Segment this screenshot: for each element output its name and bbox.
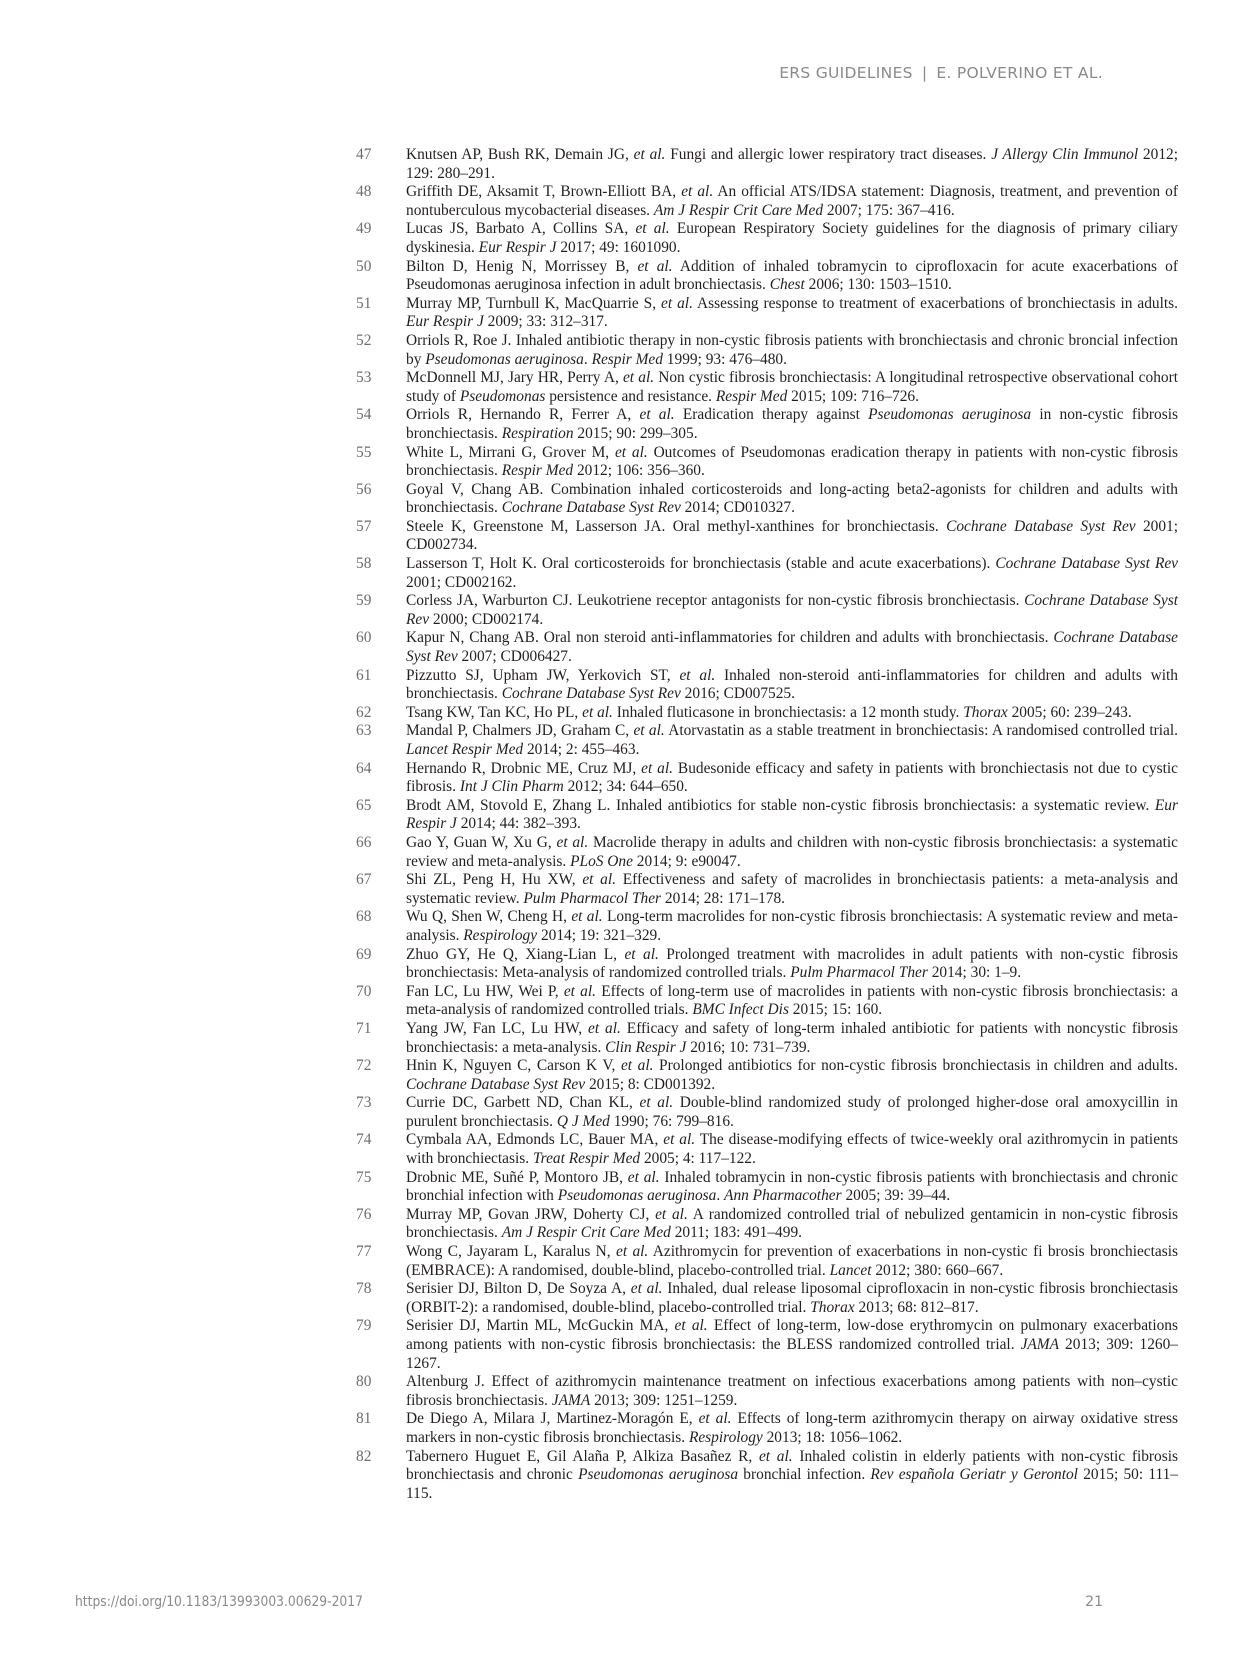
reference-citation: 2014; 19: 321–329. xyxy=(537,927,661,944)
reference-number: 72 xyxy=(356,1057,386,1076)
reference-authors: Shi ZL, Peng H, Hu XW, xyxy=(406,871,582,888)
reference-item: 51Murray MP, Turnbull K, MacQuarrie S, e… xyxy=(356,295,1178,332)
reference-item: 63Mandal P, Chalmers JD, Graham C, et al… xyxy=(356,722,1178,759)
reference-authors: Cymbala AA, Edmonds LC, Bauer MA, xyxy=(406,1131,663,1148)
reference-journal: Clin Respir J xyxy=(605,1039,686,1056)
reference-authors: Serisier DJ, Martin ML, McGuckin MA, xyxy=(406,1317,675,1334)
reference-journal: PLoS One xyxy=(570,853,633,870)
reference-citation: 2006; 130: 1503–1510. xyxy=(805,276,952,293)
reference-number: 66 xyxy=(356,834,386,853)
reference-journal: Chest xyxy=(770,276,805,293)
reference-title: Oral methyl-xanthines for bronchiectasis… xyxy=(665,518,946,535)
reference-et-al: et al. xyxy=(556,834,588,851)
page-number: 21 xyxy=(1085,1594,1103,1610)
reference-citation: 2015; 8: CD001392. xyxy=(585,1076,715,1093)
reference-authors: Orriols R, Hernando R, Ferrer A, xyxy=(406,406,639,423)
reference-et-al: et al. xyxy=(564,983,596,1000)
reference-journal: Rev española Geriatr y Gerontol xyxy=(870,1466,1078,1483)
reference-number: 78 xyxy=(356,1280,386,1299)
reference-authors: Zhuo GY, He Q, Xiang-Lian L, xyxy=(406,946,624,963)
reference-item: 79Serisier DJ, Martin ML, McGuckin MA, e… xyxy=(356,1317,1178,1373)
reference-list: 47Knutsen AP, Bush RK, Demain JG, et al.… xyxy=(356,146,1178,1503)
reference-et-al: et al. xyxy=(582,871,616,888)
reference-item: 76Murray MP, Govan JRW, Doherty CJ, et a… xyxy=(356,1206,1178,1243)
reference-journal: Cochrane Database Syst Rev xyxy=(502,685,681,702)
reference-number: 47 xyxy=(356,146,386,165)
reference-citation: 2015; 15: 160. xyxy=(789,1001,882,1018)
reference-et-al: et al. xyxy=(679,667,715,684)
header-separator: | xyxy=(922,64,928,82)
reference-authors: Pizzutto SJ, Upham JW, Yerkovich ST, xyxy=(406,667,679,684)
reference-number: 70 xyxy=(356,983,386,1002)
reference-authors: Lucas JS, Barbato A, Collins SA, xyxy=(406,220,635,237)
reference-item: 69Zhuo GY, He Q, Xiang-Lian L, et al. Pr… xyxy=(356,946,1178,983)
reference-item: 56Goyal V, Chang AB. Combination inhaled… xyxy=(356,481,1178,518)
reference-journal: Lancet Respir Med xyxy=(406,741,523,758)
reference-journal: Ann Pharmacother xyxy=(724,1187,842,1204)
reference-item: 62Tsang KW, Tan KC, Ho PL, et al. Inhale… xyxy=(356,704,1178,723)
reference-authors: Orriols R, Roe J. xyxy=(406,332,512,349)
reference-citation: 2013; 68: 812–817. xyxy=(855,1299,979,1316)
reference-citation: 2014; 30: 1–9. xyxy=(928,964,1021,981)
reference-authors: Tsang KW, Tan KC, Ho PL, xyxy=(406,704,582,721)
reference-authors: Lasserson T, Holt K. xyxy=(406,555,537,572)
reference-title: Leukotriene receptor antagonists for non… xyxy=(572,592,1024,609)
reference-species: Pseudomonas aeruginosa xyxy=(578,1466,738,1483)
reference-number: 65 xyxy=(356,797,386,816)
reference-authors: Serisier DJ, Bilton D, De Soyza A, xyxy=(406,1280,631,1297)
reference-et-al: et al. xyxy=(571,908,602,925)
reference-citation: 2012; 34: 644–650. xyxy=(564,778,688,795)
reference-title: Inhaled fluticasone in bronchiectasis: a… xyxy=(613,704,963,721)
reference-citation: 2011; 183: 491–499. xyxy=(671,1224,802,1241)
reference-item: 53McDonnell MJ, Jary HR, Perry A, et al.… xyxy=(356,369,1178,406)
reference-citation: 2013; 309: 1251–1259. xyxy=(590,1392,737,1409)
reference-citation: 2014; CD010327. xyxy=(681,499,795,516)
reference-title-cont: bronchial infection. xyxy=(738,1466,870,1483)
reference-number: 64 xyxy=(356,760,386,779)
reference-et-al: et al. xyxy=(621,1057,654,1074)
reference-number: 63 xyxy=(356,722,386,741)
reference-et-al: et al. xyxy=(635,220,669,237)
header-authors: E. POLVERINO ET AL. xyxy=(936,64,1103,82)
reference-number: 54 xyxy=(356,406,386,425)
doi-link[interactable]: https://doi.org/10.1183/13993003.00629-2… xyxy=(75,1594,363,1610)
reference-et-al: et al. xyxy=(663,1131,695,1148)
reference-citation: 2016; 10: 731–739. xyxy=(686,1039,810,1056)
reference-item: 72Hnin K, Nguyen C, Carson K V, et al. P… xyxy=(356,1057,1178,1094)
reference-title: Prolonged antibiotics for non-cystic fib… xyxy=(653,1057,1178,1074)
reference-journal: JAMA xyxy=(1021,1336,1059,1353)
reference-journal: Eur Respir J xyxy=(406,313,484,330)
reference-item: 55White L, Mirrani G, Grover M, et al. O… xyxy=(356,444,1178,481)
reference-item: 59Corless JA, Warburton CJ. Leukotriene … xyxy=(356,592,1178,629)
reference-item: 60Kapur N, Chang AB. Oral non steroid an… xyxy=(356,629,1178,666)
reference-title: Oral corticosteroids for bronchiectasis … xyxy=(537,555,996,572)
reference-authors: McDonnell MJ, Jary HR, Perry A, xyxy=(406,369,623,386)
reference-authors: Brodt AM, Stovold E, Zhang L. xyxy=(406,797,610,814)
reference-citation: 2015; 109: 716–726. xyxy=(787,388,919,405)
reference-item: 54Orriols R, Hernando R, Ferrer A, et al… xyxy=(356,406,1178,443)
reference-authors: Bilton D, Henig N, Morrissey B, xyxy=(406,258,637,275)
running-header: ERS GUIDELINES|E. POLVERINO ET AL. xyxy=(779,64,1103,82)
reference-number: 74 xyxy=(356,1131,386,1150)
reference-authors: Mandal P, Chalmers JD, Graham C, xyxy=(406,722,633,739)
reference-authors: Drobnic ME, Suñé P, Montoro JB, xyxy=(406,1169,628,1186)
reference-item: 68Wu Q, Shen W, Cheng H, et al. Long-ter… xyxy=(356,908,1178,945)
reference-item: 52Orriols R, Roe J. Inhaled antibiotic t… xyxy=(356,332,1178,369)
reference-number: 82 xyxy=(356,1448,386,1467)
reference-title: Effect of azithromycin maintenance treat… xyxy=(406,1373,1178,1409)
reference-journal: Respirology xyxy=(463,927,537,944)
reference-number: 68 xyxy=(356,908,386,927)
reference-citation: 2001; CD002162. xyxy=(406,574,516,591)
reference-journal: Cochrane Database Syst Rev xyxy=(406,1076,585,1093)
reference-species: Pseudomonas aeruginosa xyxy=(558,1187,717,1204)
reference-number: 55 xyxy=(356,444,386,463)
reference-number: 51 xyxy=(356,295,386,314)
reference-title-cont: persistence and resistance. xyxy=(545,388,716,405)
reference-number: 57 xyxy=(356,518,386,537)
reference-item: 82Tabernero Huguet E, Gil Alaña P, Alkiz… xyxy=(356,1448,1178,1504)
reference-item: 71Yang JW, Fan LC, Lu HW, et al. Efficac… xyxy=(356,1020,1178,1057)
reference-number: 50 xyxy=(356,258,386,277)
reference-number: 76 xyxy=(356,1206,386,1225)
reference-journal: Cochrane Database Syst Rev xyxy=(946,518,1136,535)
reference-journal: Respirology xyxy=(689,1429,763,1446)
reference-title-cont: . xyxy=(716,1187,724,1204)
reference-title-cont: . xyxy=(584,351,592,368)
reference-citation: 2012; 380: 660–667. xyxy=(871,1262,1003,1279)
reference-journal: Q J Med xyxy=(557,1113,610,1130)
reference-et-al: et al. xyxy=(624,946,658,963)
reference-citation: 2007; 175: 367–416. xyxy=(823,202,955,219)
reference-et-al: et al. xyxy=(623,369,654,386)
reference-title: Assessing response to treatment of exace… xyxy=(693,295,1178,312)
reference-journal: Respiration xyxy=(502,425,574,442)
reference-item: 66Gao Y, Guan W, Xu G, et al. Macrolide … xyxy=(356,834,1178,871)
reference-title: Fungi and allergic lower respiratory tra… xyxy=(665,146,991,163)
reference-authors: Corless JA, Warburton CJ. xyxy=(406,592,572,609)
reference-journal: Eur Respir J xyxy=(479,239,557,256)
reference-number: 48 xyxy=(356,183,386,202)
reference-item: 70Fan LC, Lu HW, Wei P, et al. Effects o… xyxy=(356,983,1178,1020)
reference-journal: Respir Med xyxy=(716,388,787,405)
reference-number: 61 xyxy=(356,667,386,686)
reference-citation: 2009; 33: 312–317. xyxy=(484,313,608,330)
reference-citation: 1999; 93: 476–480. xyxy=(663,351,787,368)
reference-journal: Pulm Pharmacol Ther xyxy=(790,964,928,981)
reference-number: 59 xyxy=(356,592,386,611)
reference-et-al: et al. xyxy=(699,1410,732,1427)
reference-journal: Respir Med xyxy=(502,462,573,479)
reference-item: 61Pizzutto SJ, Upham JW, Yerkovich ST, e… xyxy=(356,667,1178,704)
reference-et-al: et al. xyxy=(655,1206,688,1223)
reference-journal: J Allergy Clin Immunol xyxy=(991,146,1138,163)
reference-et-al: et al. xyxy=(675,1317,708,1334)
reference-number: 58 xyxy=(356,555,386,574)
reference-number: 60 xyxy=(356,629,386,648)
reference-citation: 2017; 49: 1601090. xyxy=(556,239,680,256)
reference-item: 64Hernando R, Drobnic ME, Cruz MJ, et al… xyxy=(356,760,1178,797)
reference-item: 80Altenburg J. Effect of azithromycin ma… xyxy=(356,1373,1178,1410)
reference-et-al: et al. xyxy=(681,183,713,200)
reference-citation: 2013; 18: 1056–1062. xyxy=(763,1429,902,1446)
reference-authors: Tabernero Huguet E, Gil Alaña P, Alkiza … xyxy=(406,1448,759,1465)
reference-citation: 2005; 39: 39–44. xyxy=(842,1187,951,1204)
reference-journal: Am J Respir Crit Care Med xyxy=(502,1224,671,1241)
reference-citation: 2014; 2: 455–463. xyxy=(523,741,639,758)
reference-citation: 2005; 60: 239–243. xyxy=(1008,704,1132,721)
reference-et-al: et al. xyxy=(641,760,673,777)
reference-et-al: et al. xyxy=(616,1243,648,1260)
reference-authors: Hnin K, Nguyen C, Carson K V, xyxy=(406,1057,621,1074)
reference-species: Pseudomonas aeruginosa xyxy=(868,406,1031,423)
reference-authors: Steele K, Greenstone M, Lasserson JA. xyxy=(406,518,665,535)
reference-number: 80 xyxy=(356,1373,386,1392)
reference-et-al: et al. xyxy=(633,722,664,739)
reference-species: Pseudomonas xyxy=(460,388,546,405)
reference-journal: Treat Respir Med xyxy=(533,1150,640,1167)
reference-item: 75Drobnic ME, Suñé P, Montoro JB, et al.… xyxy=(356,1169,1178,1206)
reference-item: 74Cymbala AA, Edmonds LC, Bauer MA, et a… xyxy=(356,1131,1178,1168)
reference-item: 50Bilton D, Henig N, Morrissey B, et al.… xyxy=(356,258,1178,295)
reference-number: 79 xyxy=(356,1317,386,1336)
reference-et-al: et al. xyxy=(582,704,613,721)
reference-number: 56 xyxy=(356,481,386,500)
reference-et-al: et al. xyxy=(640,1094,674,1111)
reference-authors: Murray MP, Govan JRW, Doherty CJ, xyxy=(406,1206,655,1223)
reference-journal: Lancet xyxy=(830,1262,872,1279)
reference-journal: BMC Infect Dis xyxy=(692,1001,789,1018)
reference-journal: Thorax xyxy=(963,704,1007,721)
reference-et-al: et al. xyxy=(661,295,693,312)
reference-citation: 2016; CD007525. xyxy=(681,685,795,702)
reference-authors: Altenburg J. xyxy=(406,1373,485,1390)
reference-item: 49Lucas JS, Barbato A, Collins SA, et al… xyxy=(356,220,1178,257)
reference-journal: JAMA xyxy=(552,1392,590,1409)
reference-item: 47Knutsen AP, Bush RK, Demain JG, et al.… xyxy=(356,146,1178,183)
reference-number: 77 xyxy=(356,1243,386,1262)
reference-authors: Wong C, Jayaram L, Karalus N, xyxy=(406,1243,616,1260)
reference-number: 52 xyxy=(356,332,386,351)
reference-journal: Thorax xyxy=(810,1299,854,1316)
reference-citation: 1990; 76: 799–816. xyxy=(610,1113,734,1130)
reference-authors: Hernando R, Drobnic ME, Cruz MJ, xyxy=(406,760,641,777)
reference-authors: Gao Y, Guan W, Xu G, xyxy=(406,834,556,851)
reference-citation: 2015; 90: 299–305. xyxy=(574,425,698,442)
reference-authors: Currie DC, Garbett ND, Chan KL, xyxy=(406,1094,640,1111)
reference-authors: Knutsen AP, Bush RK, Demain JG, xyxy=(406,146,634,163)
reference-et-al: et al. xyxy=(637,258,672,275)
reference-et-al: et al. xyxy=(588,1020,621,1037)
reference-number: 81 xyxy=(356,1410,386,1429)
reference-et-al: et al. xyxy=(631,1280,663,1297)
reference-item: 81De Diego A, Milara J, Martinez-Moragón… xyxy=(356,1410,1178,1447)
reference-citation: 2014; 9: e90047. xyxy=(633,853,741,870)
reference-authors: Kapur N, Chang AB. xyxy=(406,629,539,646)
reference-journal: Am J Respir Crit Care Med xyxy=(654,202,823,219)
reference-authors: Murray MP, Turnbull K, MacQuarrie S, xyxy=(406,295,661,312)
reference-authors: White L, Mirrani G, Grover M, xyxy=(406,444,615,461)
reference-et-al: et al. xyxy=(634,146,666,163)
reference-authors: Wu Q, Shen W, Cheng H, xyxy=(406,908,571,925)
reference-journal: Int J Clin Pharm xyxy=(460,778,564,795)
reference-species: Pseudomonas aeruginosa xyxy=(425,351,584,368)
reference-item: 58Lasserson T, Holt K. Oral corticostero… xyxy=(356,555,1178,592)
reference-number: 71 xyxy=(356,1020,386,1039)
reference-et-al: et al. xyxy=(639,406,674,423)
reference-item: 73Currie DC, Garbett ND, Chan KL, et al.… xyxy=(356,1094,1178,1131)
reference-authors: Fan LC, Lu HW, Wei P, xyxy=(406,983,564,1000)
reference-number: 69 xyxy=(356,946,386,965)
reference-authors: Goyal V, Chang AB. xyxy=(406,481,543,498)
reference-title: Eradication therapy against xyxy=(675,406,869,423)
reference-citation: 2007; CD006427. xyxy=(458,648,572,665)
reference-item: 78Serisier DJ, Bilton D, De Soyza A, et … xyxy=(356,1280,1178,1317)
reference-item: 65Brodt AM, Stovold E, Zhang L. Inhaled … xyxy=(356,797,1178,834)
reference-authors: Yang JW, Fan LC, Lu HW, xyxy=(406,1020,588,1037)
reference-number: 75 xyxy=(356,1169,386,1188)
reference-item: 57Steele K, Greenstone M, Lasserson JA. … xyxy=(356,518,1178,555)
reference-title: Atorvastatin as a stable treatment in br… xyxy=(665,722,1178,739)
reference-item: 48Griffith DE, Aksamit T, Brown-Elliott … xyxy=(356,183,1178,220)
reference-journal: Pulm Pharmacol Ther xyxy=(523,890,661,907)
reference-title: Oral non steroid anti-inflammatories for… xyxy=(539,629,1054,646)
reference-journal: Cochrane Database Syst Rev xyxy=(995,555,1178,572)
reference-citation: 2005; 4: 117–122. xyxy=(640,1150,756,1167)
reference-item: 67Shi ZL, Peng H, Hu XW, et al. Effectiv… xyxy=(356,871,1178,908)
reference-et-al: et al. xyxy=(628,1169,660,1186)
reference-authors: De Diego A, Milara J, Martinez-Moragón E… xyxy=(406,1410,699,1427)
reference-journal: Cochrane Database Syst Rev xyxy=(502,499,681,516)
reference-title: Inhaled antibiotics for stable non-cysti… xyxy=(610,797,1154,814)
reference-et-al: et al. xyxy=(759,1448,793,1465)
reference-citation: 2012; 106: 356–360. xyxy=(573,462,705,479)
reference-number: 73 xyxy=(356,1094,386,1113)
reference-item: 77Wong C, Jayaram L, Karalus N, et al. A… xyxy=(356,1243,1178,1280)
reference-number: 62 xyxy=(356,704,386,723)
reference-number: 49 xyxy=(356,220,386,239)
reference-citation: 2000; CD002174. xyxy=(429,611,543,628)
reference-authors: Griffith DE, Aksamit T, Brown-Elliott BA… xyxy=(406,183,681,200)
reference-number: 67 xyxy=(356,871,386,890)
reference-citation: 2014; 44: 382–393. xyxy=(457,815,581,832)
reference-et-al: et al. xyxy=(615,444,648,461)
reference-journal: Respir Med xyxy=(592,351,663,368)
reference-number: 53 xyxy=(356,369,386,388)
reference-citation: 2014; 28: 171–178. xyxy=(661,890,785,907)
header-section-label: ERS GUIDELINES xyxy=(779,64,913,82)
